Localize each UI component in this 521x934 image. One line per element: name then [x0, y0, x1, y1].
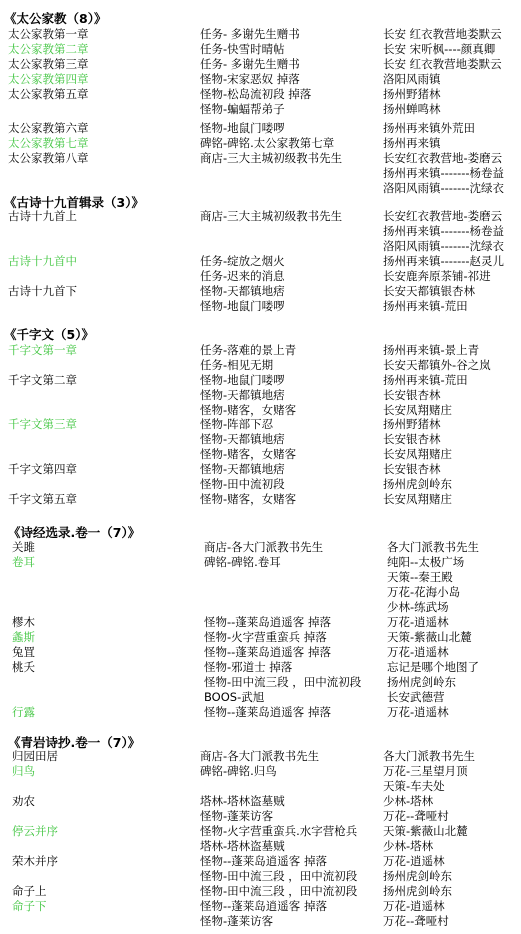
- table-row: 桃夭怪物-邪道士 掉落忘记是哪个地图了: [0, 660, 521, 675]
- location: 长安凤翔赌庄: [383, 492, 452, 507]
- table-row: 任务-相见无期长安天都镇外-谷之岚: [0, 358, 521, 373]
- section-title: 《太公家教（8）》: [4, 9, 106, 27]
- chapter-name: 古诗十九首下: [8, 284, 77, 299]
- acquisition-source: 怪物-天都镇地痞: [200, 462, 285, 477]
- chapter-name: 千字文第三章: [8, 417, 77, 432]
- location: 万花--聋哑村: [383, 914, 449, 929]
- table-row: 兔罝怪物--蓬莱岛逍遥客 掉落万花-逍遥林: [0, 645, 521, 660]
- location: 少林-塔林: [383, 839, 433, 854]
- acquisition-source: 塔林-塔林盗墓贼: [200, 839, 285, 854]
- table-row: 天策--秦王殿: [0, 570, 521, 585]
- table-row: 少林-练武场: [0, 600, 521, 615]
- chapter-name: 太公家教第五章: [8, 87, 89, 102]
- table-row: 太公家教第八章商店-三大主城初级教书先生长安红衣教营地-娄磨云: [0, 151, 521, 166]
- table-row: 万花-花海小岛: [0, 585, 521, 600]
- chapter-name: 归园田居: [12, 749, 58, 764]
- location: 扬州虎剑岭东: [383, 477, 452, 492]
- location: 长安凤翔赌庄: [383, 447, 452, 462]
- table-row: 太公家教第二章任务-快雪时晴帖长安 宋听枫----颜真卿: [0, 42, 521, 57]
- acquisition-source: 商店-各大门派教书先生: [204, 540, 323, 555]
- location: 长安天都镇外-谷之岚: [383, 358, 491, 373]
- chapter-name: 螽斯: [12, 630, 35, 645]
- table-row: 停云并序怪物-火字营重蛮兵.水字营枪兵天策-紫薇山北麓: [0, 824, 521, 839]
- table-row: 千字文第四章怪物-天都镇地痞长安银杏林: [0, 462, 521, 477]
- table-row: 荣木并序怪物--蓬莱岛逍遥客 掉落万花-逍遥林: [0, 854, 521, 869]
- table-row: 太公家教第四章怪物-宋家恶奴 掉落洛阳风雨镇: [0, 72, 521, 87]
- table-row: 螽斯怪物-火字营重蛮兵 掉落天策-紫薇山北麓: [0, 630, 521, 645]
- chapter-name: 太公家教第八章: [8, 151, 89, 166]
- acquisition-source: 怪物--蓬莱岛逍遥客 掉落: [204, 645, 331, 660]
- acquisition-source: 怪物-地鼠门喽啰: [200, 373, 285, 388]
- table-row: 太公家教第一章任务- 多谢先生赠书长安 红衣教营地娄默云: [0, 27, 521, 42]
- table-row: 怪物-地鼠门喽啰扬州再来镇-荒田: [0, 299, 521, 314]
- acquisition-source: 怪物-地鼠门喽啰: [200, 299, 285, 314]
- location: 万花-逍遥林: [387, 645, 449, 660]
- table-row: 命子上怪物-田中流三段 ，田中流初段扬州虎剑岭东: [0, 884, 521, 899]
- acquisition-source: 怪物-宋家恶奴 掉落: [200, 72, 300, 87]
- chapter-name: 兔罝: [12, 645, 35, 660]
- chapter-name: 太公家教第三章: [8, 57, 89, 72]
- acquisition-source: 怪物-松岛流初段 掉落: [200, 87, 311, 102]
- acquisition-source: 怪物--蓬莱岛逍遥客 掉落: [204, 705, 331, 720]
- acquisition-source: 怪物-天都镇地痞: [200, 388, 285, 403]
- location: 扬州再来镇-------杨卷益: [383, 224, 504, 239]
- location: 长安红衣教营地-娄磨云: [383, 151, 502, 166]
- location: 长安天都镇银杏林: [383, 284, 475, 299]
- table-row: 怪物-赌客，女赌客长安凤翔赌庄: [0, 403, 521, 418]
- table-row: 古诗十九首中任务-绽放之烟火扬州再来镇-------赵灵儿: [0, 254, 521, 269]
- table-row: 怪物-蓬莱访客万花--聋哑村: [0, 914, 521, 929]
- acquisition-source: 商店-各大门派教书先生: [200, 749, 319, 764]
- table-row: 太公家教第七章碑铭-碑铭.太公家教第七章扬州再来镇: [0, 136, 521, 151]
- acquisition-source: 任务-快雪时晴帖: [200, 42, 285, 57]
- chapter-name: 关雎: [12, 540, 35, 555]
- table-row: 塔林-塔林盗墓贼少林-塔林: [0, 839, 521, 854]
- location: 万花-逍遥林: [387, 705, 449, 720]
- acquisition-source: 任务-落难的景上青: [200, 343, 296, 358]
- chapter-name: 千字文第四章: [8, 462, 77, 477]
- location: 扬州再来镇外荒田: [383, 121, 475, 136]
- acquisition-source: 怪物-邪道士 掉落: [204, 660, 292, 675]
- table-row: 归鸟碑铭-碑铭.归鸟万花-三星望月顶: [0, 764, 521, 779]
- location: 扬州野猪林: [383, 417, 441, 432]
- acquisition-source: 怪物-阵部下忍: [200, 417, 273, 432]
- chapter-name: 千字文第二章: [8, 373, 77, 388]
- acquisition-source: 怪物--蓬莱岛逍遥客 掉落: [200, 899, 327, 914]
- location: 扬州再来镇-------赵灵儿: [383, 254, 504, 269]
- acquisition-source: 怪物--蓬莱岛逍遥客 掉落: [200, 854, 327, 869]
- location: 万花-逍遥林: [387, 615, 449, 630]
- table-row: 劝农塔林-塔林盗墓贼少林-塔林: [0, 794, 521, 809]
- table-row: 扬州再来镇-------杨卷益: [0, 224, 521, 239]
- acquisition-source: 任务-相见无期: [200, 358, 273, 373]
- acquisition-source: 任务-迟来的消息: [200, 269, 285, 284]
- acquisition-source: 怪物-田中流三段 ，田中流初段: [204, 675, 361, 690]
- table-row: 怪物-蝙蝠帮弟子扬州蝉鸣林: [0, 102, 521, 117]
- table-row: 怪物-田中流初段扬州虎剑岭东: [0, 477, 521, 492]
- acquisition-source: 怪物-蓬莱访客: [200, 809, 273, 824]
- table-row: 古诗十九首下怪物-天都镇地痞长安天都镇银杏林: [0, 284, 521, 299]
- chapter-name: 樛木: [12, 615, 35, 630]
- location: 长安 红衣教营地娄默云: [383, 27, 502, 42]
- table-row: 太公家教第三章任务- 多谢先生赠书长安 红衣教营地娄默云: [0, 57, 521, 72]
- chapter-name: 行露: [12, 705, 35, 720]
- table-row: 怪物-蓬莱访客 万花--聋哑村: [0, 809, 521, 824]
- location: 天策-车夫处: [383, 779, 445, 794]
- acquisition-source: 怪物-火字营重蛮兵 掉落: [204, 630, 327, 645]
- table-row: 天策-车夫处: [0, 779, 521, 794]
- location: 长安凤翔赌庄: [383, 403, 452, 418]
- location: 扬州再来镇-荒田: [383, 373, 468, 388]
- location: 长安银杏林: [383, 462, 441, 477]
- chapter-name: 太公家教第六章: [8, 121, 89, 136]
- table-row: 卷耳碑铭-碑铭.卷耳纯阳--太极广场: [0, 555, 521, 570]
- chapter-name: 千字文第五章: [8, 492, 77, 507]
- location: 扬州再来镇: [383, 136, 441, 151]
- acquisition-source: 怪物-蓬莱访客: [200, 914, 273, 929]
- table-row: 太公家教第六章怪物-地鼠门喽啰扬州再来镇外荒田: [0, 121, 521, 136]
- acquisition-source: 怪物-赌客，女赌客: [200, 447, 296, 462]
- acquisition-source: BOOS-武旭: [204, 690, 264, 705]
- table-row: 千字文第一章任务-落难的景上青扬州再来镇-景上青: [0, 343, 521, 358]
- table-row: 千字文第二章怪物-地鼠门喽啰扬州再来镇-荒田: [0, 373, 521, 388]
- chapter-name: 卷耳: [12, 555, 35, 570]
- location: 长安武德营: [387, 690, 445, 705]
- table-row: 归园田居商店-各大门派教书先生各大门派教书先生: [0, 749, 521, 764]
- table-row: 洛阳风雨镇-------沈绿衣: [0, 239, 521, 254]
- acquisition-source: 商店-三大主城初级教书先生: [200, 209, 342, 224]
- table-row: 行露怪物--蓬莱岛逍遥客 掉落万花-逍遥林: [0, 705, 521, 720]
- location: 天策--秦王殿: [387, 570, 453, 585]
- acquisition-source: 碑铭-碑铭.卷耳: [204, 555, 281, 570]
- table-row: 怪物-赌客，女赌客长安凤翔赌庄: [0, 447, 521, 462]
- location: 洛阳风雨镇: [383, 72, 441, 87]
- chapter-name: 劝农: [12, 794, 35, 809]
- table-row: 怪物-田中流三段 ，田中流初段扬州虎剑岭东: [0, 869, 521, 884]
- location: 万花-逍遥林: [383, 854, 445, 869]
- table-row: BOOS-武旭长安武德营: [0, 690, 521, 705]
- location: 长安银杏林: [383, 388, 441, 403]
- chapter-name: 太公家教第一章: [8, 27, 89, 42]
- acquisition-source: 怪物--蓬莱岛逍遥客 掉落: [204, 615, 331, 630]
- table-row: 怪物-天都镇地痞长安银杏林: [0, 432, 521, 447]
- location: 长安红衣教营地-娄磨云: [383, 209, 502, 224]
- chapter-name: 千字文第一章: [8, 343, 77, 358]
- table-row: 扬州再来镇-------杨卷益: [0, 166, 521, 181]
- table-row: 樛木怪物--蓬莱岛逍遥客 掉落万花-逍遥林: [0, 615, 521, 630]
- chapter-name: 桃夭: [12, 660, 35, 675]
- acquisition-source: 怪物-火字营重蛮兵.水字营枪兵: [200, 824, 357, 839]
- location: 扬州再来镇-------杨卷益: [383, 166, 504, 181]
- location: 洛阳风雨镇-------沈绿衣: [383, 239, 504, 254]
- table-row: 千字文第三章怪物-阵部下忍扬州野猪林: [0, 417, 521, 432]
- acquisition-source: 怪物-赌客，女赌客: [200, 403, 296, 418]
- location: 扬州虎剑岭东: [383, 869, 452, 884]
- location: 长安鹿奔原茶铺-祁进: [383, 269, 491, 284]
- acquisition-source: 碑铭-碑铭.太公家教第七章: [200, 136, 334, 151]
- table-row: 怪物-田中流三段 ，田中流初段扬州虎剑岭东: [0, 675, 521, 690]
- location: 洛阳风雨镇-------沈绿衣: [383, 181, 504, 196]
- acquisition-source: 任务- 多谢先生赠书: [200, 57, 300, 72]
- location: 长安银杏林: [383, 432, 441, 447]
- location: 忘记是哪个地图了: [387, 660, 479, 675]
- location: 各大门派教书先生: [387, 540, 479, 555]
- chapter-name: 古诗十九首上: [8, 209, 77, 224]
- location: 扬州蝉鸣林: [383, 102, 441, 117]
- acquisition-source: 碑铭-碑铭.归鸟: [200, 764, 277, 779]
- location: 扬州虎剑岭东: [387, 675, 456, 690]
- location: 万花-三星望月顶: [383, 764, 468, 779]
- location: 扬州再来镇-景上青: [383, 343, 479, 358]
- chapter-name: 归鸟: [12, 764, 35, 779]
- location: 万花-花海小岛: [387, 585, 460, 600]
- chapter-name: 太公家教第二章: [8, 42, 89, 57]
- chapter-name: 古诗十九首中: [8, 254, 77, 269]
- acquisition-source: 怪物-地鼠门喽啰: [200, 121, 285, 136]
- acquisition-source: 商店-三大主城初级教书先生: [200, 151, 342, 166]
- location: 长安 宋听枫----颜真卿: [383, 42, 495, 57]
- chapter-name: 太公家教第四章: [8, 72, 89, 87]
- location: 天策-紫薇山北麓: [383, 824, 468, 839]
- acquisition-source: 怪物-田中流三段 ，田中流初段: [200, 884, 357, 899]
- table-row: 千字文第五章怪物-赌客，女赌客长安凤翔赌庄: [0, 492, 521, 507]
- location: 长安 红衣教营地娄默云: [383, 57, 502, 72]
- acquisition-source: 怪物-天都镇地痞: [200, 284, 285, 299]
- location: 万花--聋哑村: [383, 809, 449, 824]
- location: 万花-逍遥林: [383, 899, 445, 914]
- location: 天策-紫薇山北麓: [387, 630, 472, 645]
- table-row: 古诗十九首上商店-三大主城初级教书先生长安红衣教营地-娄磨云: [0, 209, 521, 224]
- table-row: 太公家教第五章怪物-松岛流初段 掉落扬州野猪林: [0, 87, 521, 102]
- location: 少林-塔林: [383, 794, 433, 809]
- section-title: 《诗经选录.卷一（7）》: [8, 523, 140, 541]
- acquisition-source: 怪物-田中流初段: [200, 477, 285, 492]
- location: 扬州再来镇-荒田: [383, 299, 468, 314]
- chapter-name: 命子下: [12, 899, 47, 914]
- chapter-name: 荣木并序: [12, 854, 58, 869]
- section-title: 《千字文（5）》: [4, 325, 94, 343]
- location: 少林-练武场: [387, 600, 449, 615]
- chapter-name: 命子上: [12, 884, 47, 899]
- table-row: 任务-迟来的消息长安鹿奔原茶铺-祁进: [0, 269, 521, 284]
- location: 扬州野猪林: [383, 87, 441, 102]
- table-row: 关雎商店-各大门派教书先生各大门派教书先生: [0, 540, 521, 555]
- chapter-name: 太公家教第七章: [8, 136, 89, 151]
- acquisition-source: 怪物-蝙蝠帮弟子: [200, 102, 285, 117]
- acquisition-source: 怪物-赌客，女赌客: [200, 492, 296, 507]
- location: 各大门派教书先生: [383, 749, 475, 764]
- chapter-name: 停云并序: [12, 824, 58, 839]
- acquisition-source: 任务- 多谢先生赠书: [200, 27, 300, 42]
- location: 纯阳--太极广场: [387, 555, 464, 570]
- location: 扬州虎剑岭东: [383, 884, 452, 899]
- table-row: 命子下怪物--蓬莱岛逍遥客 掉落万花-逍遥林: [0, 899, 521, 914]
- acquisition-source: 怪物-天都镇地痞: [200, 432, 285, 447]
- table-row: 怪物-天都镇地痞长安银杏林: [0, 388, 521, 403]
- acquisition-source: 任务-绽放之烟火: [200, 254, 285, 269]
- acquisition-source: 塔林-塔林盗墓贼: [200, 794, 285, 809]
- acquisition-source: 怪物-田中流三段 ，田中流初段: [200, 869, 357, 884]
